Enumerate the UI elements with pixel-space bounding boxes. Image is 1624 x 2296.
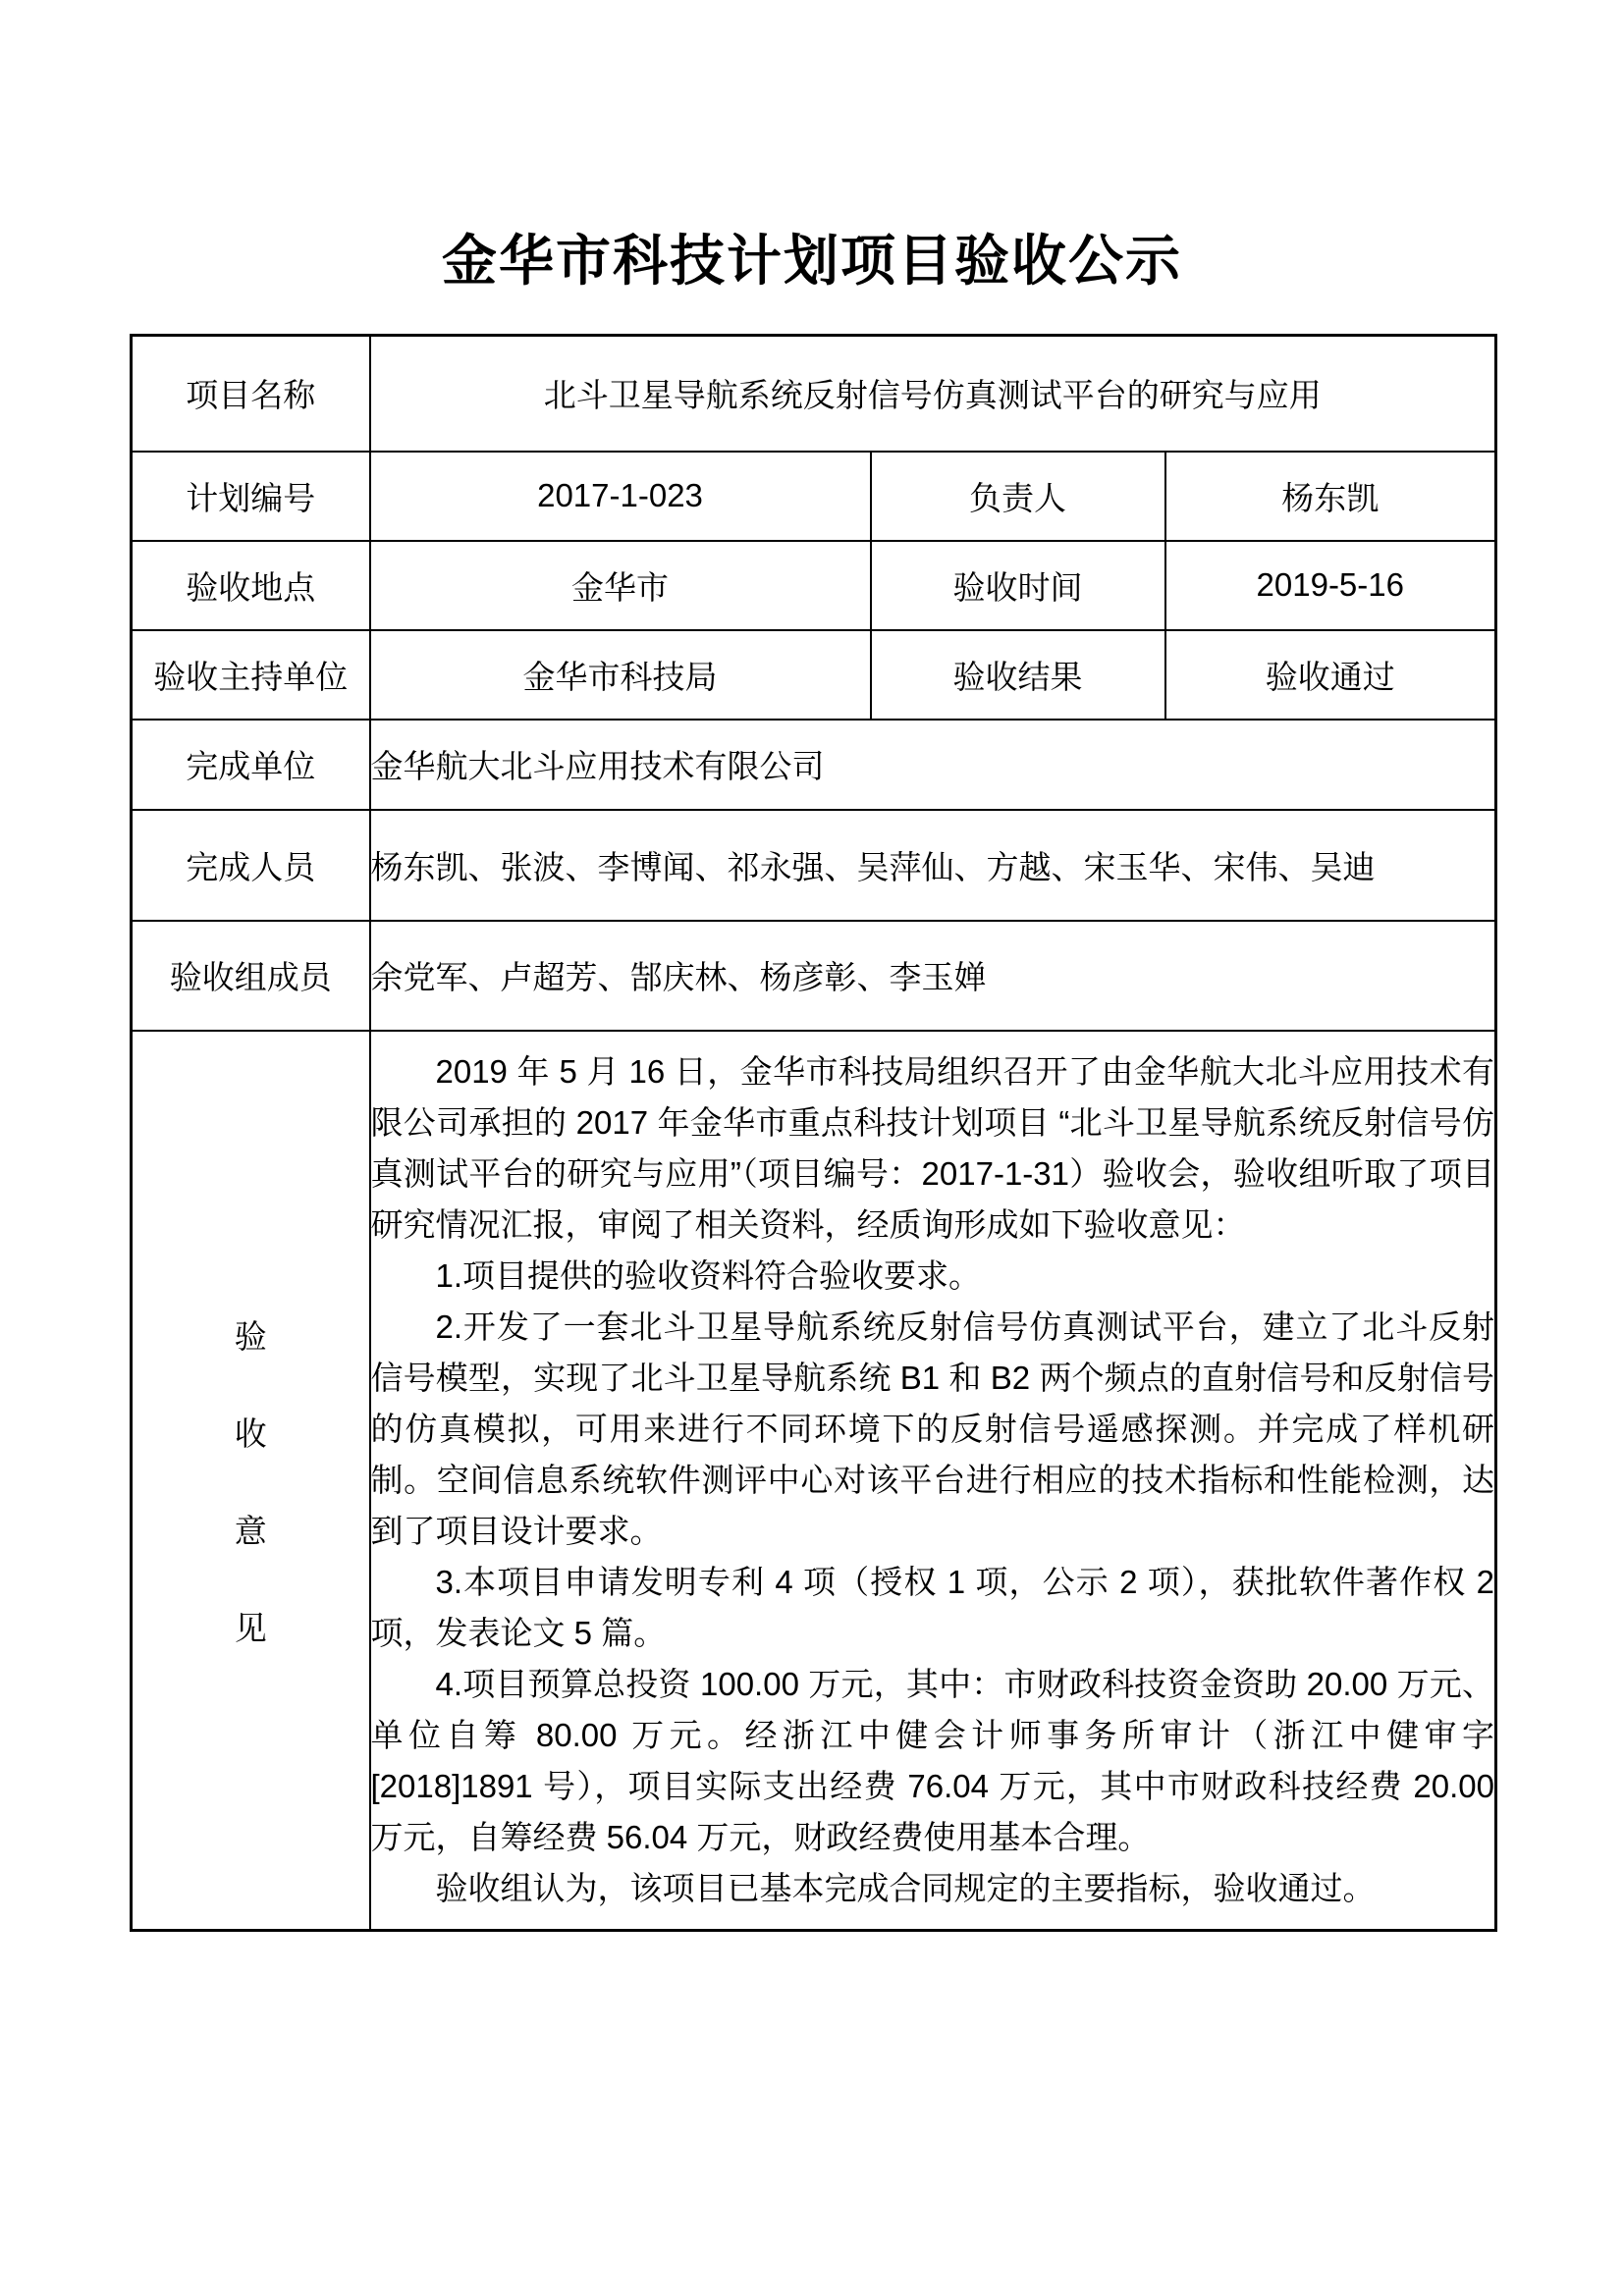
opinion-paragraph-1: 2019 年 5 月 16 日，金华市科技局组织召开了由金华航大北斗应用技术有限…	[371, 1046, 1495, 1251]
completion-unit-label: 完成单位	[132, 720, 370, 810]
acceptance-opinion-label: 验 收 意 见	[132, 1031, 370, 1931]
acceptance-opinion-label-vertical: 验 收 意 见	[133, 1311, 369, 1649]
row-project-name: 项目名称 北斗卫星导航系统反射信号仿真测试平台的研究与应用	[132, 336, 1496, 452]
acceptance-result-value: 验收通过	[1165, 630, 1496, 720]
acceptance-result-label: 验收结果	[871, 630, 1165, 720]
opinion-paragraph-3: 2.开发了一套北斗卫星导航系统反射信号仿真测试平台，建立了北斗反射信号模型，实现…	[371, 1302, 1495, 1557]
opinion-label-char-4: 见	[235, 1603, 267, 1649]
row-acceptance-opinion: 验 收 意 见 2019 年 5 月 16 日，金华市科技局组织召开了由金华航大…	[132, 1031, 1496, 1931]
plan-number-value: 2017-1-023	[370, 452, 871, 541]
acceptance-place-label: 验收地点	[132, 541, 370, 630]
acceptance-group-value: 余党军、卢超芳、郜庆林、杨彦彰、李玉婵	[370, 921, 1496, 1031]
row-completion-staff: 完成人员 杨东凯、张波、李博闻、祁永强、吴萍仙、方越、宋玉华、宋伟、吴迪	[132, 810, 1496, 921]
completion-staff-value: 杨东凯、张波、李博闻、祁永强、吴萍仙、方越、宋玉华、宋伟、吴迪	[370, 810, 1496, 921]
plan-number-label: 计划编号	[132, 452, 370, 541]
opinion-paragraph-5: 4.项目预算总投资 100.00 万元，其中：市财政科技资金资助 20.00 万…	[371, 1659, 1495, 1863]
opinion-label-char-3: 意	[235, 1506, 267, 1552]
acceptance-time-label: 验收时间	[871, 541, 1165, 630]
row-plan-number: 计划编号 2017-1-023 负责人 杨东凯	[132, 452, 1496, 541]
project-name-label: 项目名称	[132, 336, 370, 452]
acceptance-time-value: 2019-5-16	[1165, 541, 1496, 630]
completion-unit-value: 金华航大北斗应用技术有限公司	[370, 720, 1496, 810]
acceptance-place-value: 金华市	[370, 541, 871, 630]
opinion-label-char-2: 收	[235, 1409, 267, 1455]
host-unit-value: 金华市科技局	[370, 630, 871, 720]
opinion-paragraph-2: 1.项目提供的验收资料符合验收要求。	[371, 1251, 1495, 1302]
row-host-unit: 验收主持单位 金华市科技局 验收结果 验收通过	[132, 630, 1496, 720]
host-unit-label: 验收主持单位	[132, 630, 370, 720]
project-name-value: 北斗卫星导航系统反射信号仿真测试平台的研究与应用	[370, 336, 1496, 452]
leader-label: 负责人	[871, 452, 1165, 541]
document-title: 金华市科技计划项目验收公示	[0, 218, 1624, 296]
acceptance-opinion-value: 2019 年 5 月 16 日，金华市科技局组织召开了由金华航大北斗应用技术有限…	[370, 1031, 1496, 1931]
document-page: 金华市科技计划项目验收公示 项目名称 北斗卫星导航系统反射信号仿真测试平台的研究…	[0, 0, 1624, 2296]
row-acceptance-group: 验收组成员 余党军、卢超芳、郜庆林、杨彦彰、李玉婵	[132, 921, 1496, 1031]
opinion-paragraph-6: 验收组认为，该项目已基本完成合同规定的主要指标，验收通过。	[371, 1863, 1495, 1914]
acceptance-table: 项目名称 北斗卫星导航系统反射信号仿真测试平台的研究与应用 计划编号 2017-…	[130, 334, 1497, 1932]
completion-staff-label: 完成人员	[132, 810, 370, 921]
row-completion-unit: 完成单位 金华航大北斗应用技术有限公司	[132, 720, 1496, 810]
leader-value: 杨东凯	[1165, 452, 1496, 541]
row-acceptance-place: 验收地点 金华市 验收时间 2019-5-16	[132, 541, 1496, 630]
acceptance-group-label: 验收组成员	[132, 921, 370, 1031]
opinion-label-char-1: 验	[235, 1311, 267, 1358]
opinion-paragraph-4: 3.本项目申请发明专利 4 项（授权 1 项，公示 2 项），获批软件著作权 2…	[371, 1557, 1495, 1659]
